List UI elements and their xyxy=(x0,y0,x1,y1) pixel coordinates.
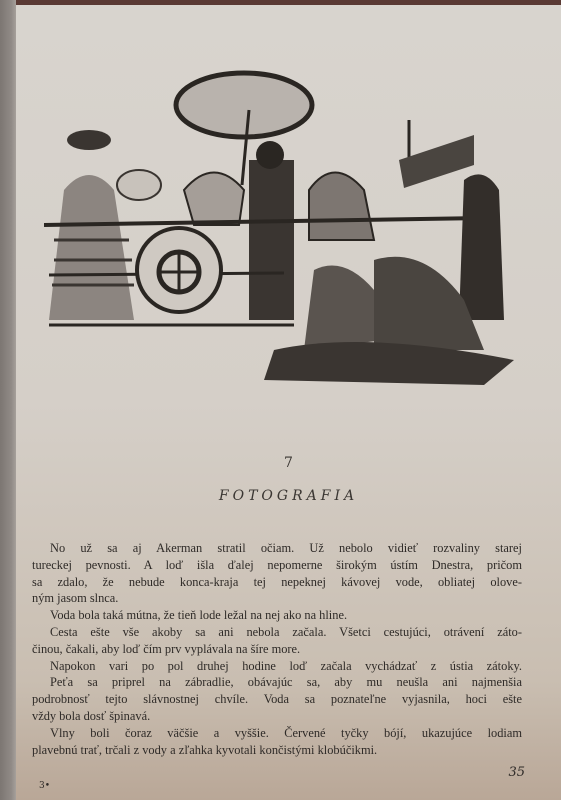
page-number: 35 xyxy=(508,765,525,780)
text-line: Voda bola taká mútna, že tieň lode ležal… xyxy=(32,607,522,624)
text-line: činou, čakali, aby loď čím prv vyplávala… xyxy=(32,641,522,658)
text-line: vždy bola dosť špinavá. xyxy=(32,708,522,725)
text-line: podrobnosť tejto slávnostnej chvíle. Vod… xyxy=(32,691,522,708)
text-line: ným jasom slnca. xyxy=(32,590,522,607)
book-gutter-edge xyxy=(0,0,16,800)
text-line: Napokon vari po pol druhej hodine loď za… xyxy=(32,658,522,675)
body-text: No už sa aj Akerman stratil očiam. Už ne… xyxy=(32,540,522,758)
text-line: No už sa aj Akerman stratil očiam. Už ne… xyxy=(32,540,522,557)
text-line: Vlny boli čoraz väčšie a vyššie. Červené… xyxy=(32,725,522,742)
book-page: 7 FOTOGRAFIA No už sa aj Akerman stratil… xyxy=(16,5,561,800)
text-line: Cesta ešte vše akoby sa ani nebola začal… xyxy=(32,624,522,641)
text-line: tureckej pevnosti. A loď išla ďalej nepo… xyxy=(32,557,522,574)
text-line: sa zdalo, že nebude konca-kraja tej nepe… xyxy=(32,574,522,591)
signature-mark: 3• xyxy=(39,781,50,791)
text-line: plavebnú trať, trčali z vody a zľahka ky… xyxy=(32,742,522,759)
chapter-number: 7 xyxy=(16,455,561,471)
illustration-image xyxy=(44,60,524,390)
text-line: Peťa sa priprel na zábradlie, obávajúc s… xyxy=(32,674,522,691)
chapter-title: FOTOGRAFIA xyxy=(16,488,561,504)
